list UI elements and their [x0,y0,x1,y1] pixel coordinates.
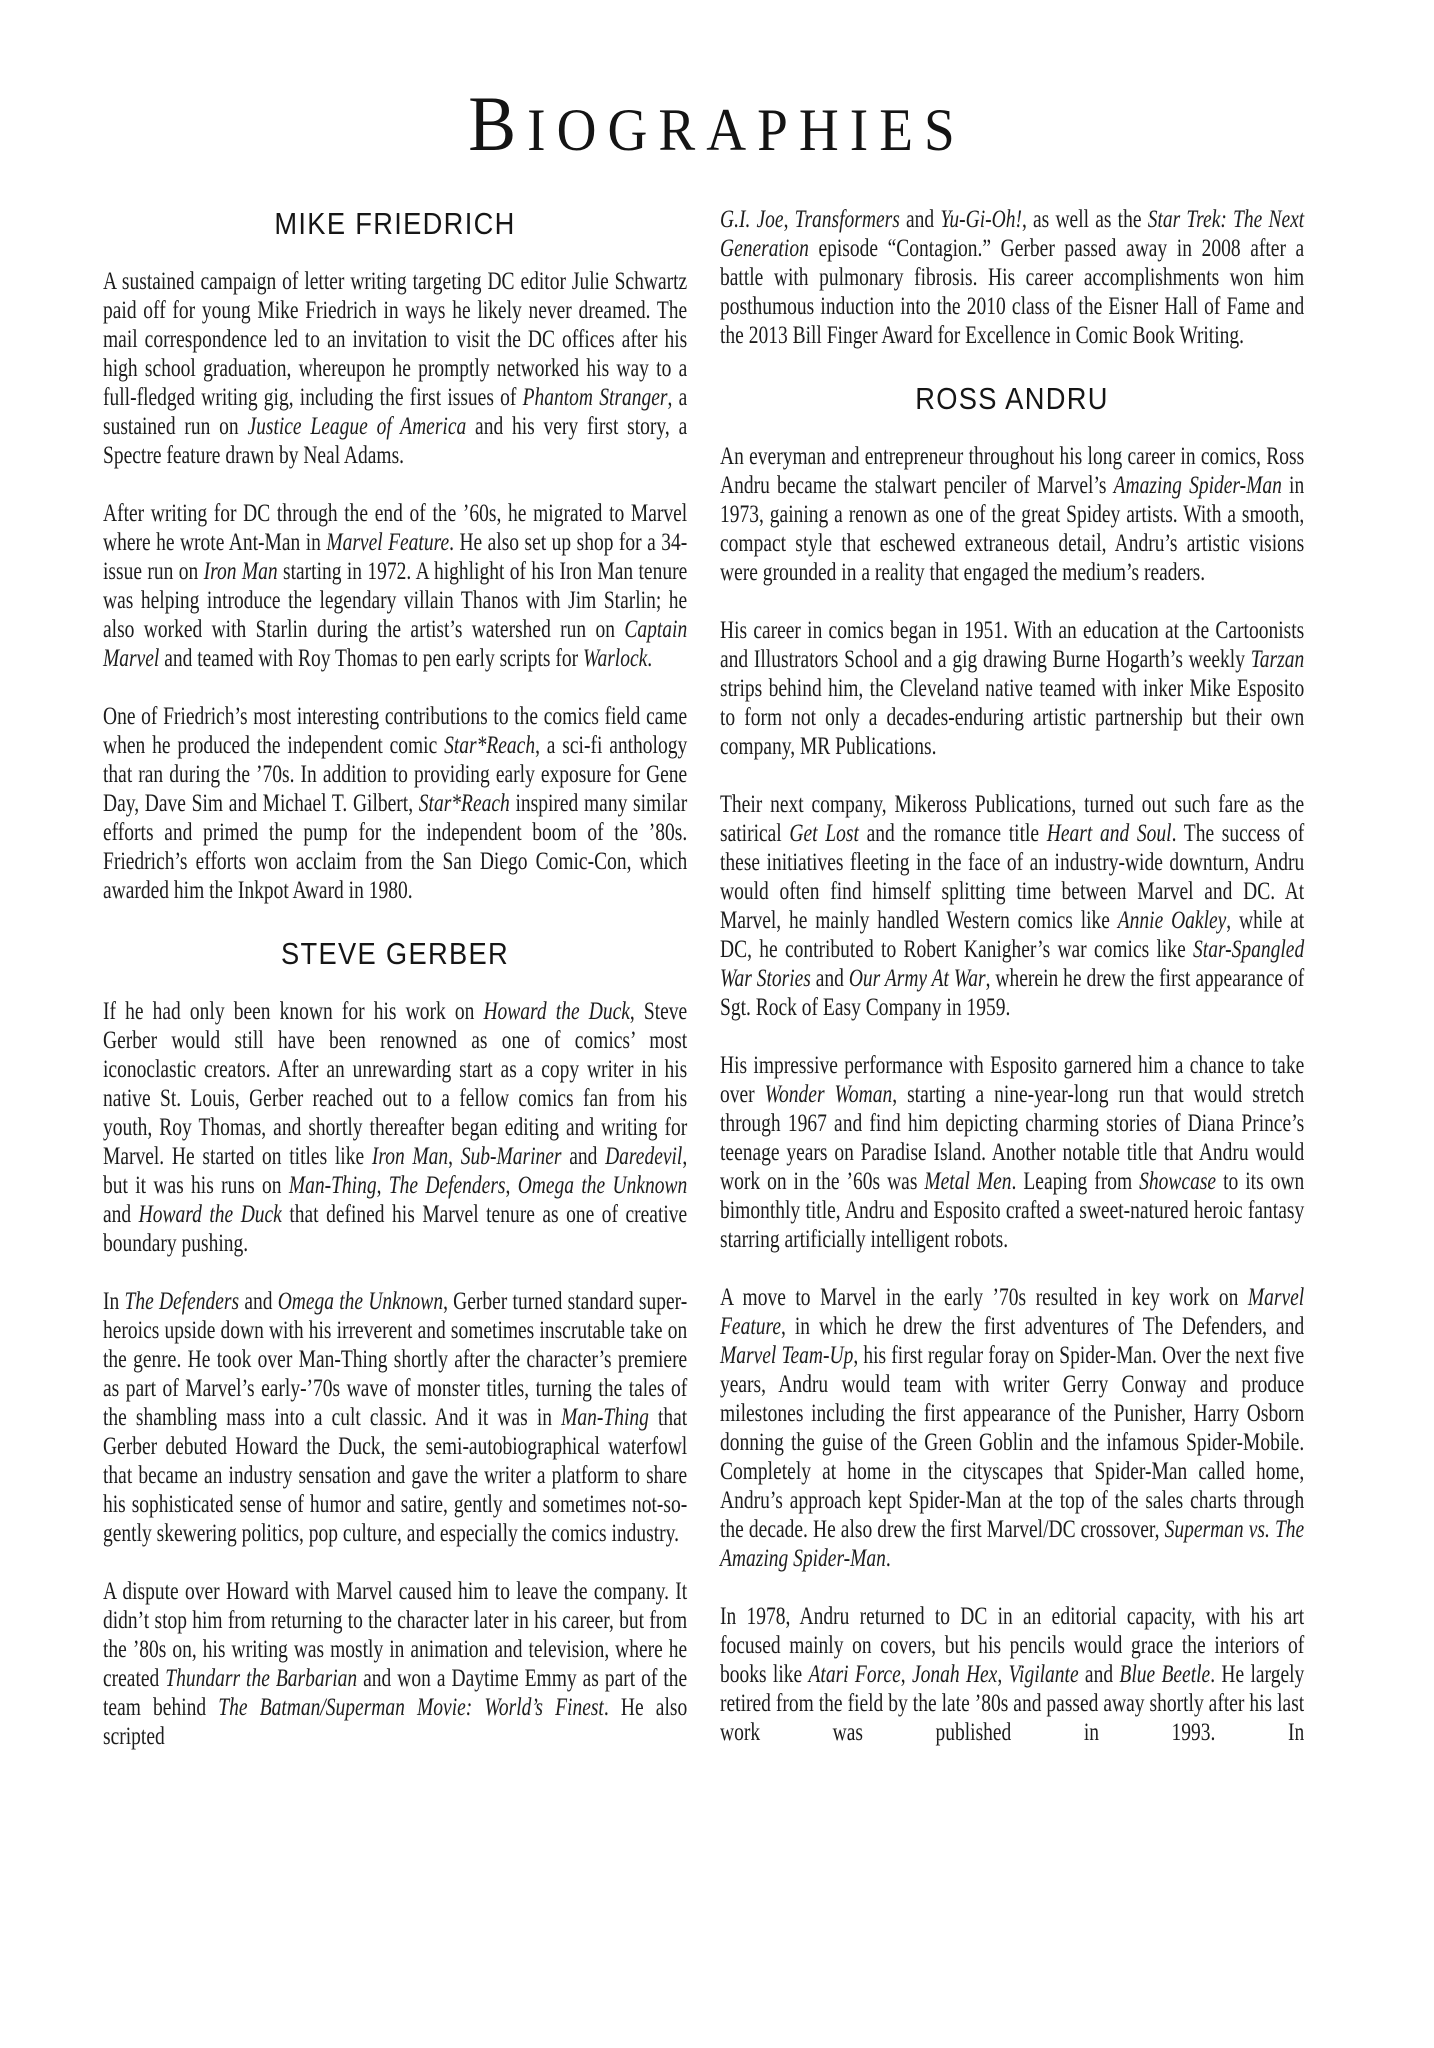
bio-paragraph: One of Friedrich’s most interesting cont… [103,702,687,905]
bio-paragraph: A dispute over Howard with Marvel caused… [103,1577,687,1751]
bio-paragraph: In 1978, Andru returned to DC in an edit… [720,1602,1304,1747]
bio-paragraph: Their next company, Mikeross Publication… [720,790,1304,1022]
book-page: BIOGRAPHIES MIKE FRIEDRICH A sustained c… [0,0,1434,2048]
page-title-initial: B [468,80,527,167]
bio-paragraph: After writing for DC through the end of … [103,499,687,673]
bio-heading-ross-andru: ROSS ANDRU [755,380,1269,418]
page-title: BIOGRAPHIES [57,78,1376,176]
bio-heading-steve-gerber: STEVE GERBER [138,935,652,973]
bio-paragraph: In The Defenders and Omega the Unknown, … [103,1287,687,1548]
bio-paragraph: An everyman and entrepreneur throughout … [720,442,1304,587]
bio-paragraph: His impressive performance with Esposito… [720,1051,1304,1254]
bio-paragraph: If he had only been known for his work o… [103,997,687,1258]
bio-paragraph: A sustained campaign of letter writing t… [103,267,687,470]
bio-paragraph: G.I. Joe, Transformers and Yu-Gi-Oh!, as… [720,205,1304,350]
page-title-rest: IOGRAPHIES [527,97,966,163]
two-column-text-block: MIKE FRIEDRICH A sustained campaign of l… [103,205,1304,1780]
bio-paragraph: His career in comics began in 1951. With… [720,616,1304,761]
bio-paragraph: A move to Marvel in the early ’70s resul… [720,1283,1304,1573]
page-title-wrap: BIOGRAPHIES [0,78,1434,176]
left-column: MIKE FRIEDRICH A sustained campaign of l… [103,205,687,1780]
right-column: G.I. Joe, Transformers and Yu-Gi-Oh!, as… [720,205,1304,1780]
bio-heading-mike-friedrich: MIKE FRIEDRICH [138,205,652,243]
